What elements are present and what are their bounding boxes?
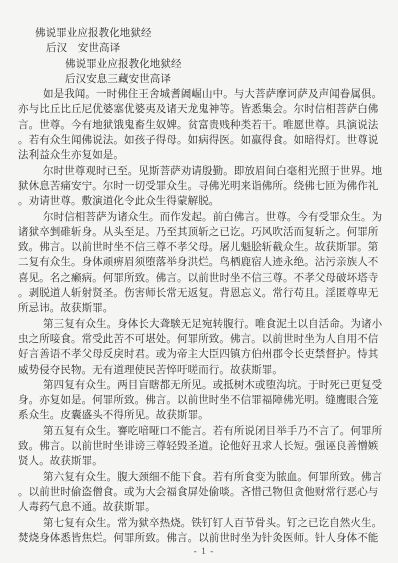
text-line: 喜见。名之癞病。何罪所致。佛言。以前世时坐不信三尊。不孝父母破坏塔寺 bbox=[18, 271, 390, 286]
text-line: 致。佛言。以前世时坐诽谤三尊轻毁圣道。论他好丑求人长短。强诬良善憎嫉 bbox=[18, 439, 390, 454]
text-line: 第四复有众生。两目盲瞎都无所见。或抵树木或堕沟坑。于时死已更复受 bbox=[18, 378, 390, 393]
sutra-document-page: 佛说罪业应报教化地狱经后汉 安世高译佛说罪业应报教化地狱经后汉安息三藏安世高译如… bbox=[0, 0, 398, 563]
text-line: 第七复有众生。常为狱卒热烧。铁钉钉人百节骨头。钉之已讫自然火生。 bbox=[18, 516, 390, 531]
text-line: 佛说罪业应报教化地狱经 bbox=[18, 57, 390, 72]
text-line: 致。佛言。以前世时坐不信三尊不孝父母。屠儿魁脍斩截众生。故获斯罪。第 bbox=[18, 240, 390, 255]
text-line: 身。亦复如是。何罪所致。佛言。以前世时坐不信罪福障佛光明。缝鹰眼合笼 bbox=[18, 393, 390, 408]
text-line: 狱休息苦痛安宁。尔时一切受罪众生。寻佛光明来诣佛所。绕佛七匝为佛作礼 bbox=[18, 179, 390, 194]
text-line: 贤人。故获斯罪。 bbox=[18, 454, 390, 469]
text-line: 如是我闻。一时佛住王舍城耆阇崛山中。与大菩萨摩诃萨及声闻眷属俱。 bbox=[18, 87, 390, 102]
text-line: 法利益众生亦复如是。 bbox=[18, 148, 390, 163]
text-line: 言。世尊。今有地狱饿鬼畜生奴婢。贫富贵贱种类若干。唯愿世尊。具演说法 bbox=[18, 118, 390, 133]
text-line: 人毒药气息不通。故获斯罪。 bbox=[18, 500, 390, 515]
text-line: 所忌讳。故获斯罪。 bbox=[18, 301, 390, 316]
text-body: 佛说罪业应报教化地狱经后汉 安世高译佛说罪业应报教化地狱经后汉安息三藏安世高译如… bbox=[18, 26, 390, 559]
text-line: 佛说罪业应报教化地狱经 bbox=[18, 26, 390, 41]
text-line: 尔时世尊观时已至。见斯菩萨劝请殷勤。即放眉间白毫相光照于世界。地 bbox=[18, 164, 390, 179]
text-line: 虫之所唼食。常受此苦不可堪处。何罪所致。佛言。以前世时坐为人自用不信 bbox=[18, 332, 390, 347]
text-line: 。劝请世尊。敷演道化令此众生得蒙解脱。 bbox=[18, 194, 390, 209]
text-line: 系众生。皮囊盛头不得所见。故获斯罪。 bbox=[18, 408, 390, 423]
page-number: - 1 - bbox=[18, 546, 390, 559]
text-line: 第六复有众生。腹大颈细不能下食。若有所食变为脓血。何罪所致。佛言 bbox=[18, 470, 390, 485]
text-line: 。若有众生闻佛说法。如孩子得母。如病得医。如羸得食。如暗得灯。世尊说 bbox=[18, 133, 390, 148]
text-line: 。以前世时偷盗僧食。或为大会福食屏处偷啖。吝惜己物但贪他财常行恶心与 bbox=[18, 485, 390, 500]
text-line: 。剥脱道人斩射贤圣。伤害师长常无返复。背恩忘义。常行苟且。淫匿尊卑无 bbox=[18, 286, 390, 301]
text-line: 好言善语不孝父母反戾时君。或为帝主大臣四镇方伯州郡令长吏禁督护。恃其 bbox=[18, 347, 390, 362]
text-line: 后汉 安世高译 bbox=[18, 41, 390, 56]
text-line: 威势侵夺民物。无有道理使民苦悴吁嗟而行。故获斯罪。 bbox=[18, 363, 390, 378]
text-line: 二复有众生。身体顽痹眉须堕落举身洪烂。鸟栖鹿宿人迹永绝。沾污亲族人不 bbox=[18, 255, 390, 270]
text-line: 尔时信相菩萨为诸众生。而作发起。前白佛言。世尊。今有受罪众生。为 bbox=[18, 210, 390, 225]
text-line: 第五复有众生。謇吃喑哑口不能言。若有所说闭目举手乃不言了。何罪所 bbox=[18, 424, 390, 439]
text-line: 焚烧身体悉皆焦烂。何罪所致。佛言。以前世时坐为针灸医师。针人身体不能 bbox=[18, 531, 390, 546]
text-line: 诸狱卒剉碓斩身。从头至足。乃至其顶斩之已讫。巧风吹活而复斩之。何罪所 bbox=[18, 225, 390, 240]
text-line: 第三复有众生。身体长大聋騃无足宛转腹行。唯食泥土以自活命。为诸小 bbox=[18, 317, 390, 332]
text-line: 亦与比丘比丘尼优婆塞优婆夷及诸天龙鬼神等。皆悉集会。尔时信相菩萨白佛 bbox=[18, 102, 390, 117]
text-line: 后汉安息三藏安世高译 bbox=[18, 72, 390, 87]
